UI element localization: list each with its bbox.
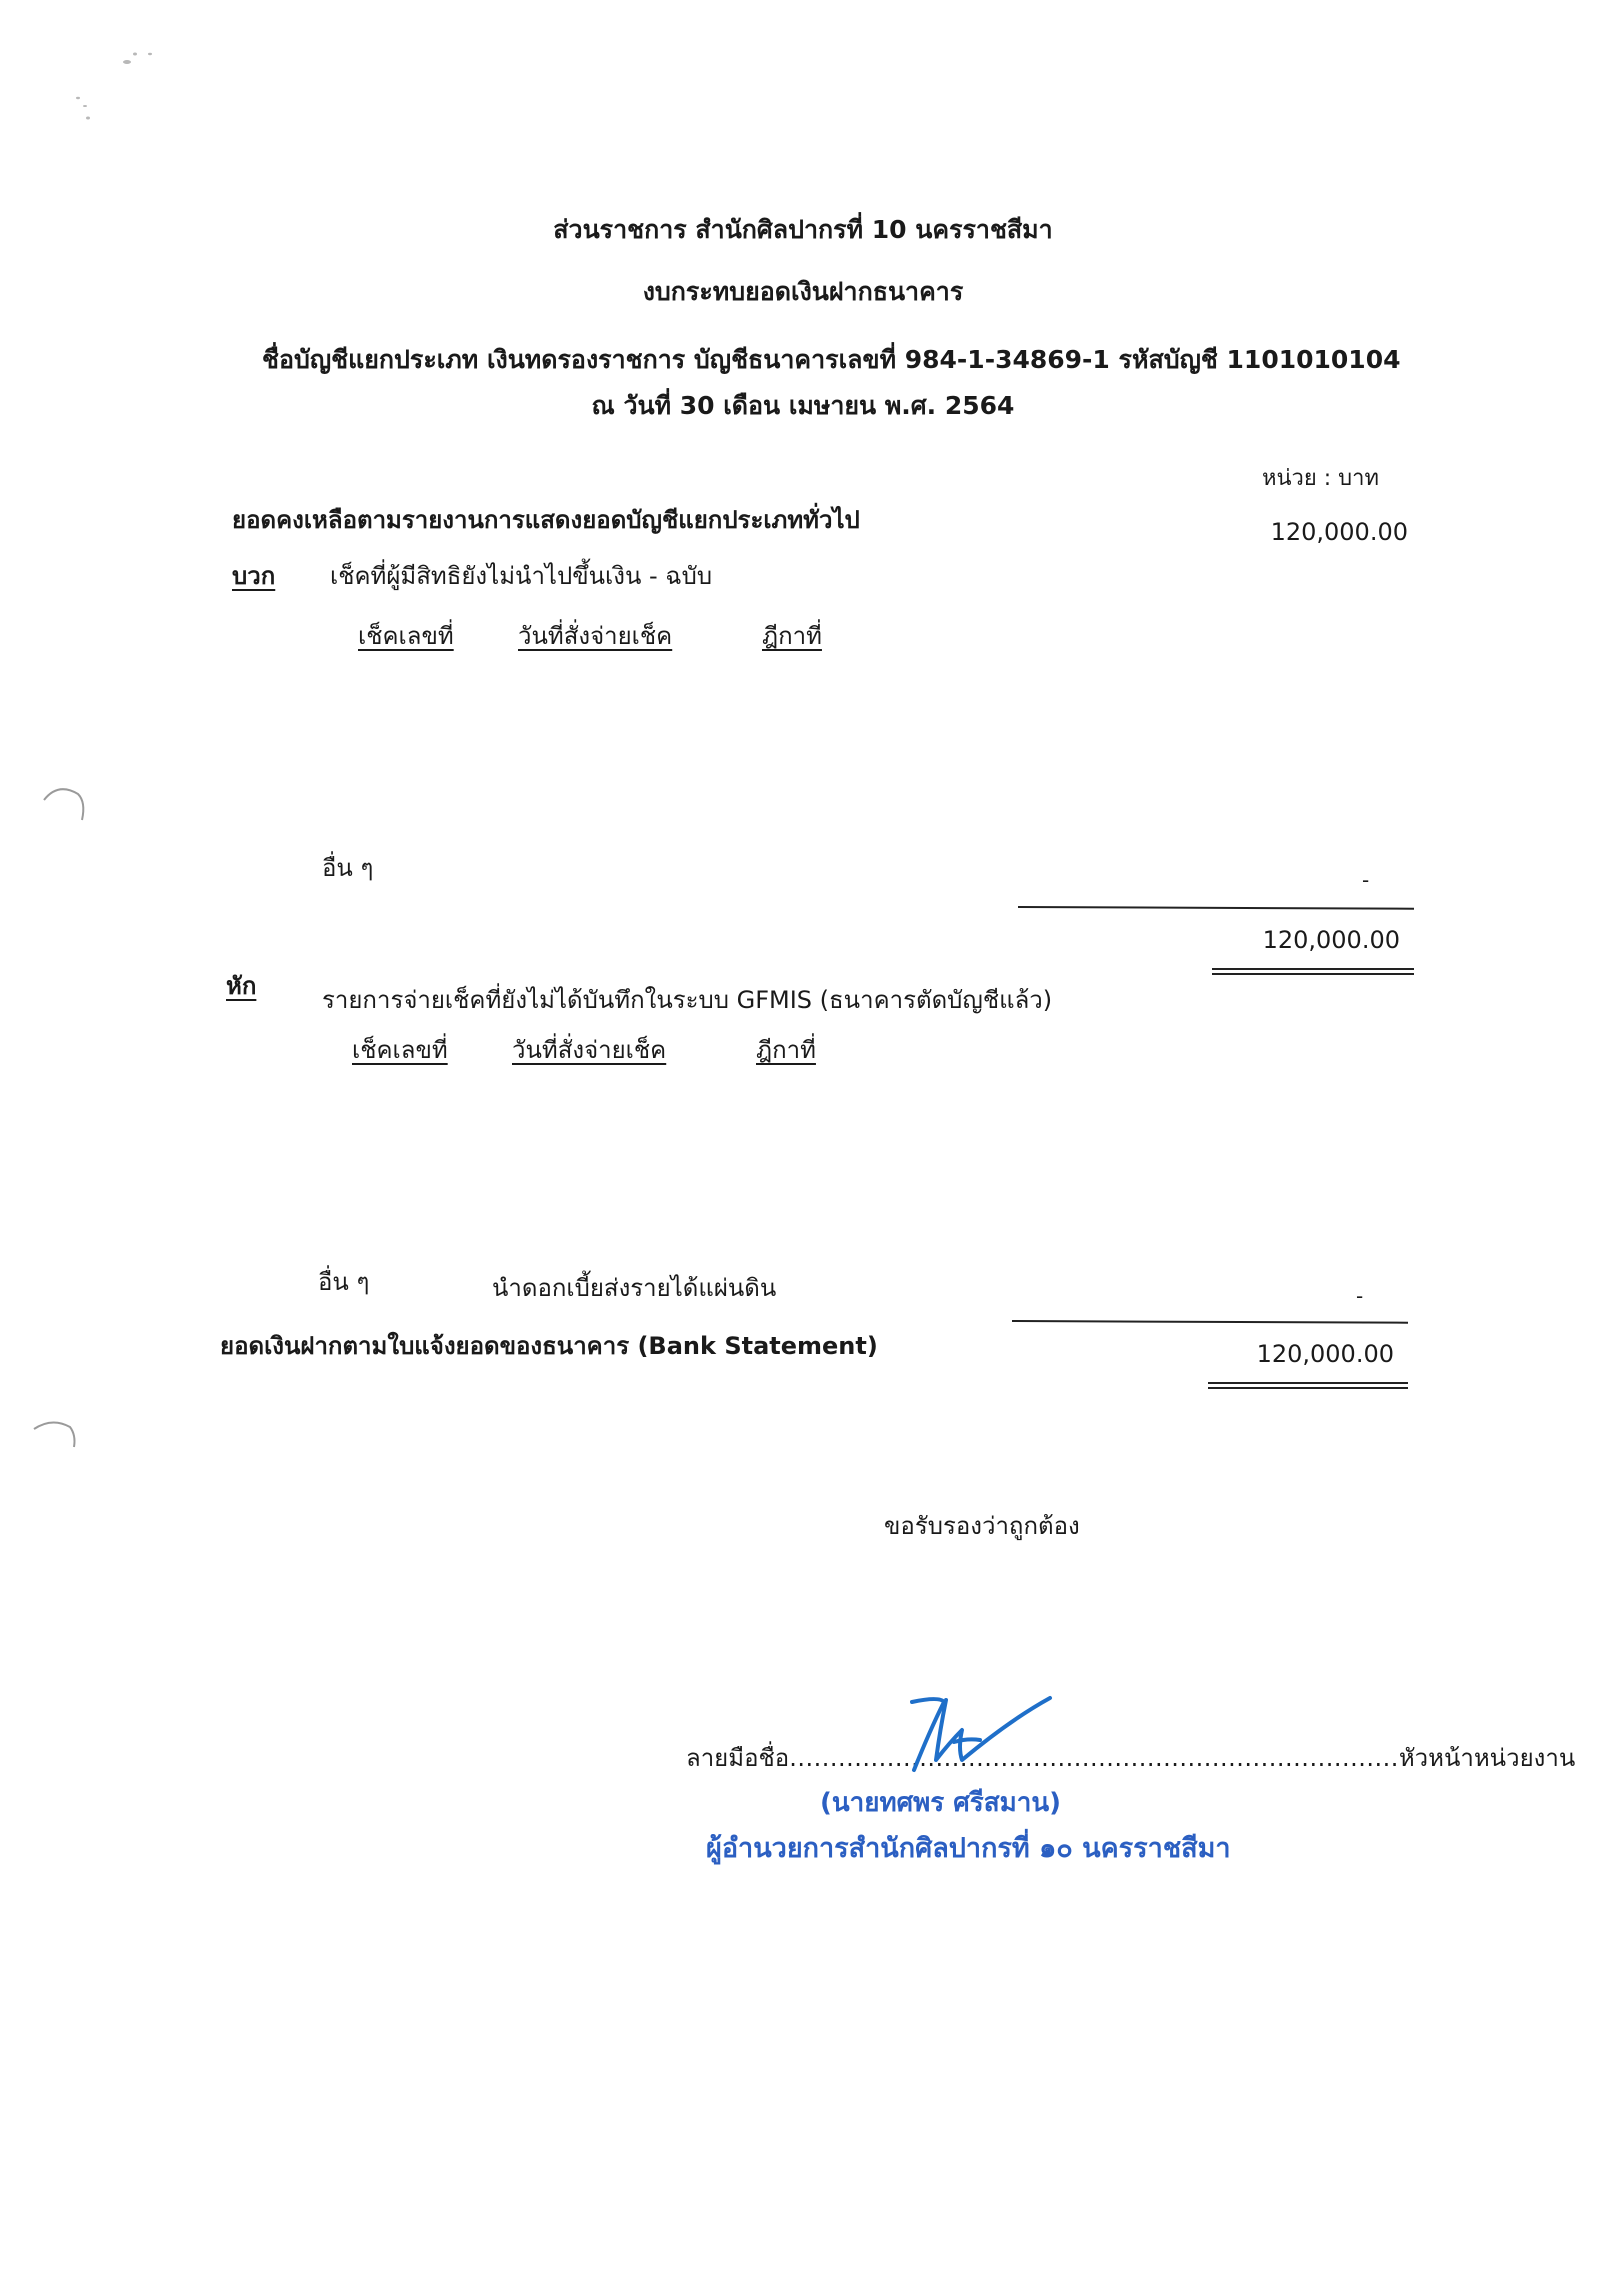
add-others-label: อื่น ๆ: [322, 848, 373, 887]
add-col-cheque-date: วันที่สั่งจ่ายเช็ค: [518, 616, 672, 655]
total-double-rule: [1208, 1382, 1408, 1389]
handwritten-signature: [900, 1690, 1070, 1780]
deduct-col-cheque-no: เช็คเลขที่: [352, 1030, 448, 1069]
bank-balance-label: ยอดเงินฝากตามใบแจ้งยอดของธนาคาร (Bank St…: [220, 1326, 878, 1365]
subtotal-double-rule: [1212, 968, 1414, 975]
punch-hole-artifact-top: [38, 780, 88, 835]
deduct-others-note: นำดอกเบี้ยส่งรายได้แผ่นดิน: [492, 1268, 776, 1307]
bank-balance-amount: 120,000.00: [1194, 1340, 1394, 1368]
report-title: งบกระทบยอดเงินฝากธนาคาร: [0, 272, 1606, 312]
report-date-line: ณ วันที่ 30 เดือน เมษายน พ.ศ. 2564: [0, 386, 1606, 426]
signature-dots: ........................................…: [789, 1744, 1399, 1772]
ledger-balance-label: ยอดคงเหลือตามรายงานการแสดงยอดบัญชีแยกประ…: [232, 500, 860, 539]
deduct-prefix: หัก: [226, 966, 256, 1005]
signer-position: ผู้อำนวยการสำนักศิลปากรที่ ๑๐ นครราชสีมา: [706, 1826, 1231, 1869]
signer-name: (นายทศพร ศรีสมาน): [820, 1782, 1061, 1823]
add-others-amount: -: [1362, 868, 1369, 892]
unit-label: หน่วย : บาท: [1262, 460, 1379, 495]
signature-role: หัวหน้าหน่วยงาน: [1399, 1744, 1575, 1772]
ledger-balance-amount: 120,000.00: [1208, 518, 1408, 546]
add-prefix: บวก: [232, 556, 275, 595]
total-rule: [1012, 1320, 1408, 1324]
agency-title: ส่วนราชการ สำนักศิลปากรที่ 10 นครราชสีมา: [0, 210, 1606, 250]
signature-line: ลายมือชื่อ..............................…: [686, 1738, 1575, 1777]
deduct-others-label: อื่น ๆ: [318, 1262, 369, 1301]
signature-label: ลายมือชื่อ: [686, 1744, 789, 1772]
deduct-description: รายการจ่ายเช็คที่ยังไม่ได้บันทึกในระบบ G…: [322, 980, 1052, 1019]
add-subtotal-amount: 120,000.00: [1200, 926, 1400, 954]
punch-hole-artifact-bottom: [30, 1415, 80, 1460]
add-col-voucher-no: ฎีกาที่: [762, 616, 822, 655]
scan-speck-artifact: [40, 30, 160, 130]
subtotal-rule: [1018, 906, 1414, 910]
certification-text: ขอรับรองว่าถูกต้อง: [884, 1506, 1080, 1545]
add-description: เช็คที่ผู้มีสิทธิยังไม่นำไปขึ้นเงิน - ฉบ…: [330, 556, 712, 595]
deduct-col-cheque-date: วันที่สั่งจ่ายเช็ค: [512, 1030, 666, 1069]
deduct-col-voucher-no: ฎีกาที่: [756, 1030, 816, 1069]
account-info-line: ชื่อบัญชีแยกประเภท เงินทดรองราชการ บัญชี…: [262, 340, 1401, 380]
deduct-others-amount: -: [1356, 1284, 1363, 1308]
add-col-cheque-no: เช็คเลขที่: [358, 616, 454, 655]
